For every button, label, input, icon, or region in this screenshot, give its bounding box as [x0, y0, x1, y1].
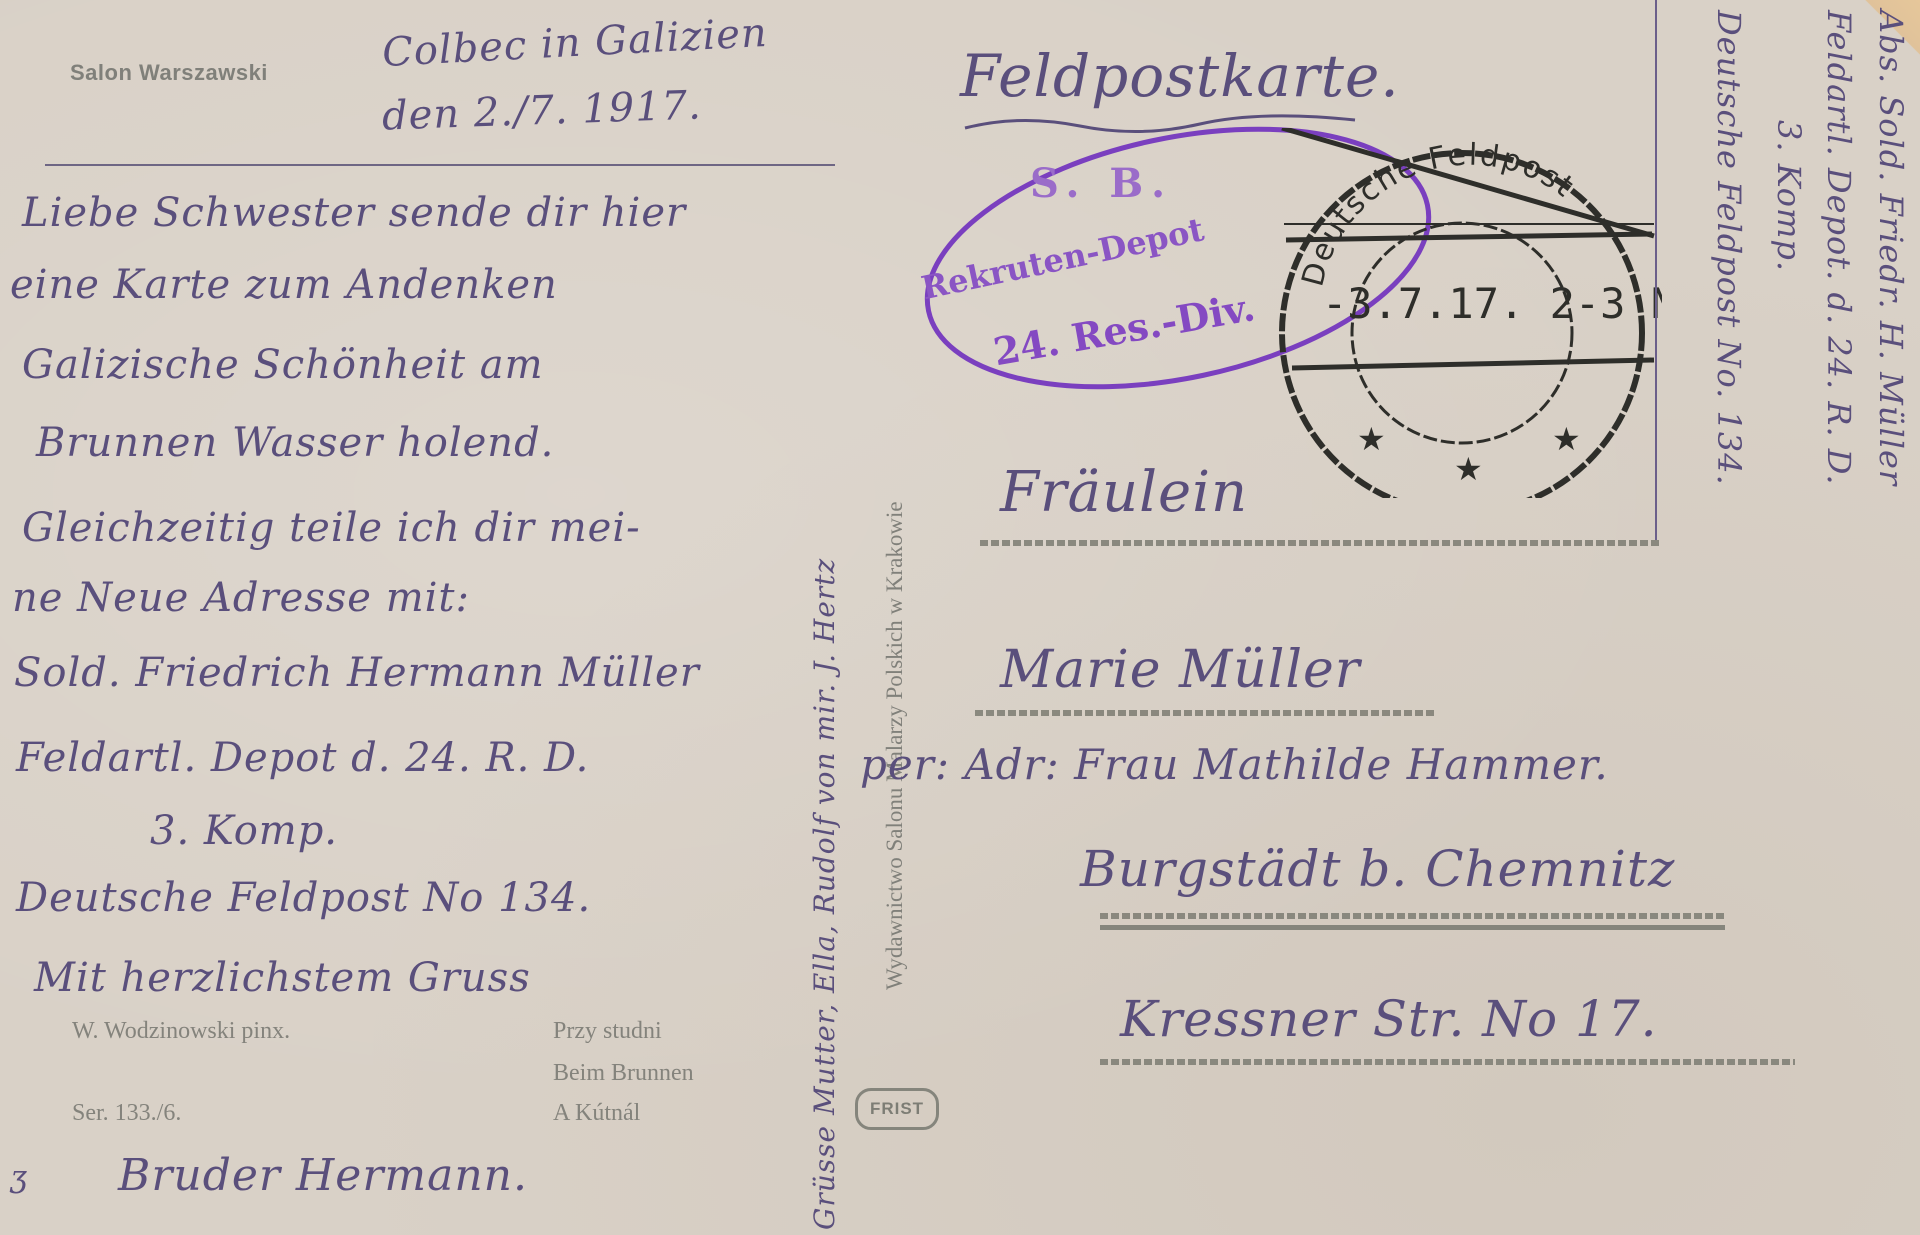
- postmark-arc-text: Deutsche Feldpost: [1295, 137, 1581, 290]
- message-line: Feldartl. Depot d. 24. R. D.: [16, 735, 589, 781]
- address-line-1: [980, 540, 1660, 546]
- message-line: Liebe Schwester sende dir hier: [22, 190, 686, 236]
- message-line: Gleichzeitig teile ich dir mei-: [22, 505, 641, 551]
- place-line: Colbec in Galizien: [381, 10, 769, 76]
- message-line: eine Karte zum Andenken: [10, 262, 558, 308]
- title-polish: Przy studni: [553, 1018, 662, 1045]
- sender-line: Deutsche Feldpost No. 134.: [1710, 10, 1748, 486]
- address-care-of: per: Adr: Frau Mathilde Hammer.: [860, 740, 1609, 789]
- address-line-2: [975, 710, 1435, 716]
- svg-text:★: ★: [1454, 450, 1483, 488]
- sender-divider: [1655, 0, 1657, 540]
- date-line: den 2./7. 1917.: [381, 82, 702, 139]
- address-name: Marie Müller: [1000, 640, 1361, 700]
- message-line: Brunnen Wasser holend.: [36, 420, 554, 466]
- address-line-3-solid: [1100, 925, 1725, 930]
- address-street: Kressner Str. No 17.: [1120, 990, 1658, 1048]
- message-line: Galizische Schönheit am: [22, 342, 544, 388]
- address-salutation: Fräulein: [1000, 460, 1248, 525]
- signature-mark: ʒ: [10, 1160, 28, 1195]
- header-rule: [45, 164, 835, 166]
- svg-text:★: ★: [1552, 420, 1581, 458]
- artist-credit: W. Wodzinowski pinx.: [72, 1018, 290, 1045]
- sender-line: Abs. Sold. Friedr. H. Müller: [1872, 10, 1910, 486]
- title-german: Beim Brunnen: [553, 1060, 694, 1087]
- message-line: Deutsche Feldpost No 134.: [16, 875, 591, 921]
- oval-stamp-line1: S. B.: [1030, 160, 1173, 207]
- series-number: Ser. 133./6.: [72, 1100, 181, 1127]
- publisher-top: Salon Warszawski: [70, 60, 268, 86]
- feldpost-postmark: Deutsche Feldpost -3.7.17. 2-3 N ★ ★ ★: [1262, 128, 1662, 498]
- address-line-4: [1100, 1059, 1795, 1065]
- postmark-date: -3.7.17. 2-3 N: [1322, 279, 1662, 328]
- address-city: Burgstädt b. Chemnitz: [1080, 840, 1675, 898]
- svg-text:★: ★: [1357, 420, 1386, 458]
- message-line: Sold. Friedrich Hermann Müller: [14, 650, 700, 696]
- side-note: Grüsse Mutter, Ella, Rudolf von mir. J. …: [808, 558, 841, 1230]
- message-line: Mit herzlichstem Gruss: [34, 955, 531, 1001]
- card-type: Feldpostkarte.: [960, 42, 1400, 110]
- frist-mark: FRIST: [855, 1088, 939, 1130]
- title-hungarian: A Kútnál: [553, 1100, 640, 1127]
- address-line-3: [1100, 913, 1725, 919]
- message-line: ne Neue Adresse mit:: [12, 575, 470, 621]
- postcard-back: Salon Warszawski Colbec in Galizien den …: [0, 0, 1920, 1235]
- svg-text:Deutsche Feldpost: Deutsche Feldpost: [1295, 137, 1581, 290]
- sender-line: Feldartl. Depot. d. 24. R. D.: [1820, 10, 1858, 485]
- message-line: 3. Komp.: [150, 808, 338, 854]
- signature: Bruder Hermann.: [118, 1150, 528, 1201]
- sender-line: 3. Komp.: [1770, 120, 1808, 272]
